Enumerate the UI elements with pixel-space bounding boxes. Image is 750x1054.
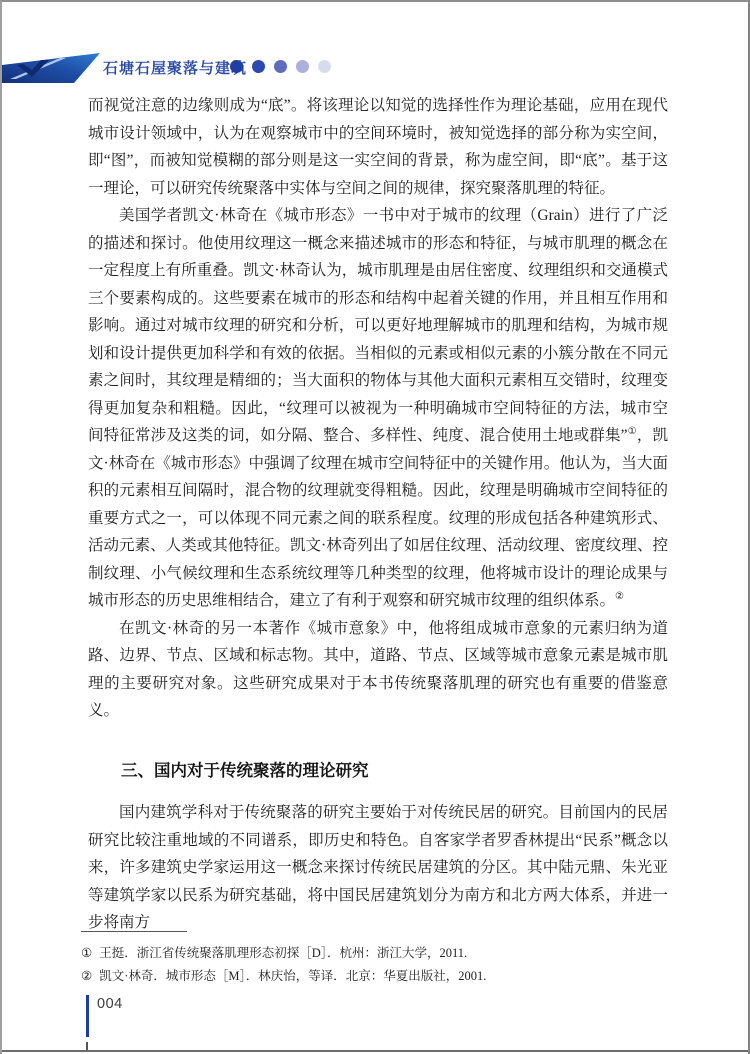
paragraph-continuation: 而视觉注意的边缘则成为“底”。将该理论以知觉的选择性作为理论基础，应用在现代城市…: [88, 92, 668, 202]
header-dots-decoration: [230, 60, 331, 73]
scanned-book-page: 石塘石屋聚落与建筑 而视觉注意的边缘则成为“底”。将该理论以知觉的选择性作为理论…: [0, 0, 750, 1054]
page-body-text: 而视觉注意的边缘则成为“底”。将该理论以知觉的选择性作为理论基础，应用在现代城市…: [88, 92, 668, 937]
header-dot: [318, 60, 331, 73]
footnote-item: ① 王挺．浙江省传统聚落肌理形态初探［D］．杭州：浙江大学，2011.: [81, 942, 668, 965]
bottom-scan-edge: [2, 1050, 750, 1052]
header-dot: [230, 60, 243, 73]
page-number: 004: [97, 996, 123, 1012]
header-dot: [274, 60, 287, 73]
page-number-accent-bar: [86, 995, 89, 1037]
paragraph-kevin-lynch-grain: 美国学者凯文·林奇在《城市形态》一书中对于城市的纹理（Grain）进行了广泛的描…: [88, 202, 668, 615]
footnote-marker: ①: [81, 942, 92, 965]
footnotes-block: ① 王挺．浙江省传统聚落肌理形态初探［D］．杭州：浙江大学，2011. ② 凯文…: [81, 931, 668, 988]
paragraph-domestic-research: 国内建筑学科对于传统聚落的研究主要始于对传统民居的研究。目前国内的民居研究比较注…: [88, 799, 668, 937]
paragraph-text: ，凯文·林奇在《城市形态》中强调了纹理在城市空间特征中的关键作用。他认为，当大面…: [88, 427, 668, 609]
header-swoosh-decoration: [2, 53, 100, 83]
footnote-divider: [81, 931, 187, 932]
footnote-ref-2: ②: [615, 591, 624, 602]
footnote-marker: ②: [81, 965, 92, 988]
footnote-text: 凯文·林奇．城市形态［M］．林庆怡，等译．北京：华夏出版社，2001.: [99, 965, 486, 988]
section-heading: 三、国内对于传统聚落的理论研究: [88, 758, 668, 786]
footnote-text: 王挺．浙江省传统聚落肌理形态初探［D］．杭州：浙江大学，2011.: [99, 942, 467, 965]
header-dot: [252, 60, 265, 73]
header-dot: [296, 60, 309, 73]
paragraph-city-image: 在凯文·林奇的另一本著作《城市意象》中，他将组成城市意象的元素归纳为道路、边界、…: [88, 615, 668, 725]
footnote-ref-1: ①: [628, 426, 637, 437]
book-title: 石塘石屋聚落与建筑: [103, 57, 247, 78]
footnote-item: ② 凯文·林奇．城市形态［M］．林庆怡，等译．北京：华夏出版社，2001.: [81, 965, 668, 988]
paragraph-text: 美国学者凯文·林奇在《城市形态》一书中对于城市的纹理（Grain）进行了广泛的描…: [88, 207, 668, 444]
